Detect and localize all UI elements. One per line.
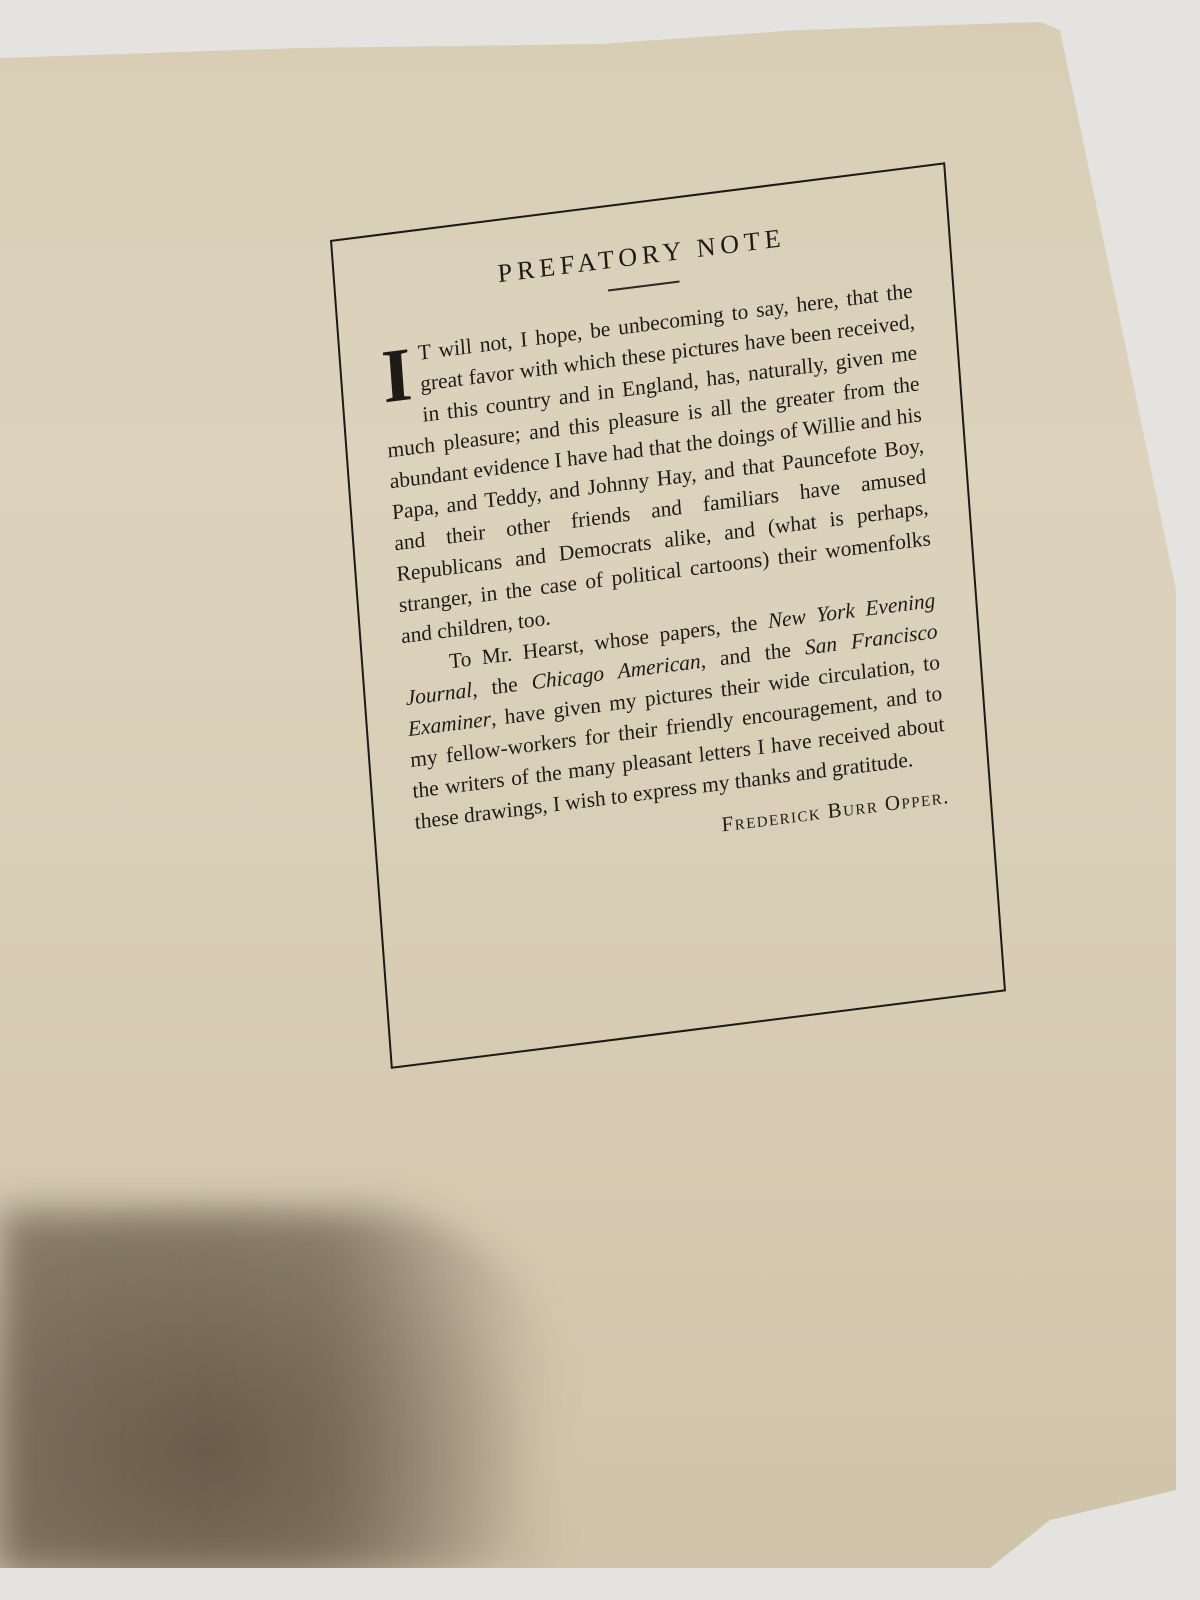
p2-text-3: , and the bbox=[700, 635, 806, 672]
hand-shadow bbox=[0, 1210, 560, 1568]
paragraph-1-text: T will not, I hope, be unbecoming to say… bbox=[387, 278, 932, 648]
drop-cap: I bbox=[380, 342, 414, 408]
title-divider bbox=[608, 281, 680, 292]
p2-text-2: , the bbox=[471, 670, 532, 701]
bordered-text-frame: PREFATORY NOTE IT will not, I hope, be u… bbox=[330, 162, 1006, 1069]
paper-page: PREFATORY NOTE IT will not, I hope, be u… bbox=[0, 0, 1176, 1568]
note-body: IT will not, I hope, be unbecoming to sa… bbox=[380, 275, 951, 878]
